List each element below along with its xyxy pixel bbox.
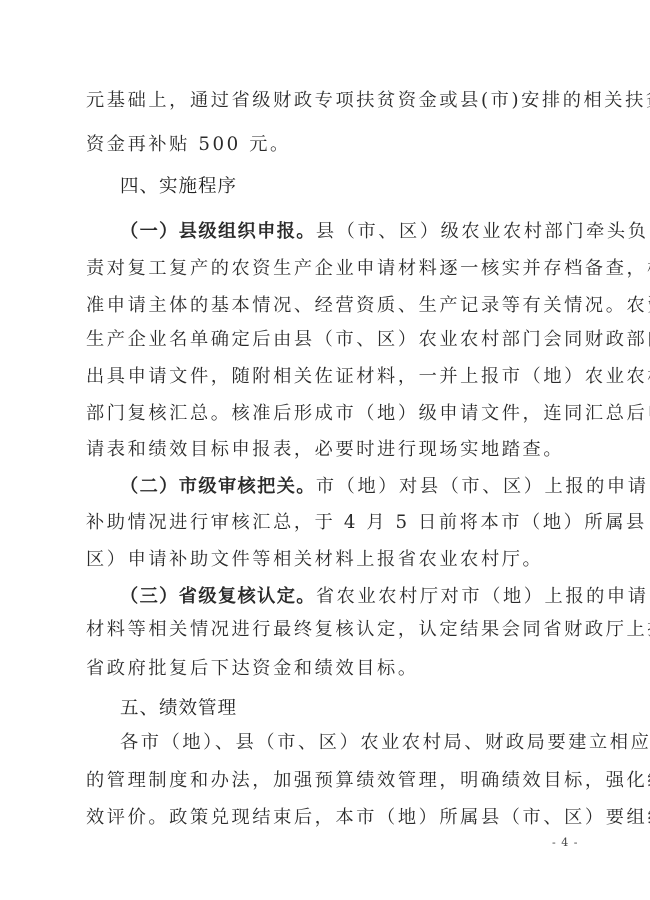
line-text: 五、绩效管理 (120, 698, 237, 719)
paragraph-line: 生产企业名单确定后由县（市、区）农业农村部门会同财政部门 (86, 327, 576, 353)
paragraph-line: （三）省级复核认定。省农业农村厅对市（地）上报的申请 (120, 584, 576, 610)
line-text: 省农业农村厅对市（地）上报的申请 (316, 586, 649, 607)
line-text: 区）申请补助文件等相关材料上报省农业农村厅。 (86, 549, 543, 570)
paragraph-line: 效评价。政策兑现结束后，本市（地）所属县（市、区）要组织 (86, 805, 576, 831)
line-text: 资金再补贴 500 元。 (86, 134, 291, 155)
line-text: 材料等相关情况进行最终复核认定，认定结果会同省财政厅上报 (86, 619, 650, 640)
section-heading: 五、绩效管理 (120, 696, 576, 722)
line-text: 责对复工复产的农资生产企业申请材料逐一核实并存档备查，核 (86, 258, 650, 279)
line-text: 的管理制度和办法，加强预算绩效管理，明确绩效目标，强化绩 (86, 770, 650, 791)
document-page: 元基础上，通过省级财政专项扶贫资金或县(市)安排的相关扶贫资金再补贴 500 元… (0, 0, 650, 900)
subsection-title: （二）市级审核把关。 (120, 476, 316, 497)
paragraph-line: 省政府批复后下达资金和绩效目标。 (86, 656, 576, 682)
paragraph-line: 准申请主体的基本情况、经营资质、生产记录等有关情况。农资 (86, 293, 576, 319)
line-text: 出具申请文件，随附相关佐证材料，一并上报市（地）农业农村 (86, 366, 650, 387)
line-text: 元基础上，通过省级财政专项扶贫资金或县(市)安排的相关扶贫 (86, 90, 650, 111)
paragraph-line: 区）申请补助文件等相关材料上报省农业农村厅。 (86, 547, 576, 573)
paragraph-line: 材料等相关情况进行最终复核认定，认定结果会同省财政厅上报 (86, 617, 576, 643)
line-text: 省政府批复后下达资金和绩效目标。 (86, 658, 419, 679)
paragraph-line: （二）市级审核把关。市（地）对县（市、区）上报的申请 (120, 474, 576, 500)
line-text: 市（地）对县（市、区）上报的申请 (316, 476, 649, 497)
paragraph-line: 的管理制度和办法，加强预算绩效管理，明确绩效目标，强化绩 (86, 768, 576, 794)
line-text: 效评价。政策兑现结束后，本市（地）所属县（市、区）要组织 (86, 807, 650, 828)
paragraph-line: 出具申请文件，随附相关佐证材料，一并上报市（地）农业农村 (86, 364, 576, 390)
line-text: 准申请主体的基本情况、经营资质、生产记录等有关情况。农资 (86, 295, 650, 316)
paragraph-line: （一）县级组织申报。县（市、区）级农业农村部门牵头负 (120, 219, 576, 245)
line-text: 部门复核汇总。核准后形成市（地）级申请文件，连同汇总后申 (86, 403, 650, 424)
paragraph-line: 元基础上，通过省级财政专项扶贫资金或县(市)安排的相关扶贫 (86, 88, 576, 114)
paragraph-line: 部门复核汇总。核准后形成市（地）级申请文件，连同汇总后申 (86, 401, 576, 427)
paragraph-line: 补助情况进行审核汇总，于 4 月 5 日前将本市（地）所属县（市、 (86, 510, 576, 536)
line-text: 补助情况进行审核汇总，于 4 月 5 日前将本市（地）所属县（市、 (86, 512, 650, 533)
line-text: 四、实施程序 (120, 176, 237, 197)
paragraph-line: 各市（地）、县（市、区）农业农村局、财政局要建立相应 (120, 730, 576, 756)
line-text: 各市（地）、县（市、区）农业农村局、财政局要建立相应 (120, 732, 650, 753)
line-text: 请表和绩效目标申报表，必要时进行现场实地踏查。 (86, 439, 564, 460)
paragraph-line: 请表和绩效目标申报表，必要时进行现场实地踏查。 (86, 437, 576, 463)
paragraph-line: 责对复工复产的农资生产企业申请材料逐一核实并存档备查，核 (86, 256, 576, 282)
line-text: 生产企业名单确定后由县（市、区）农业农村部门会同财政部门 (86, 329, 650, 350)
line-text: 县（市、区）级农业农村部门牵头负 (316, 221, 649, 242)
page-number: - 4 - (552, 836, 578, 849)
section-heading: 四、实施程序 (120, 174, 576, 200)
subsection-title: （一）县级组织申报。 (120, 221, 316, 242)
subsection-title: （三）省级复核认定。 (120, 586, 316, 607)
paragraph-line: 资金再补贴 500 元。 (86, 132, 576, 158)
